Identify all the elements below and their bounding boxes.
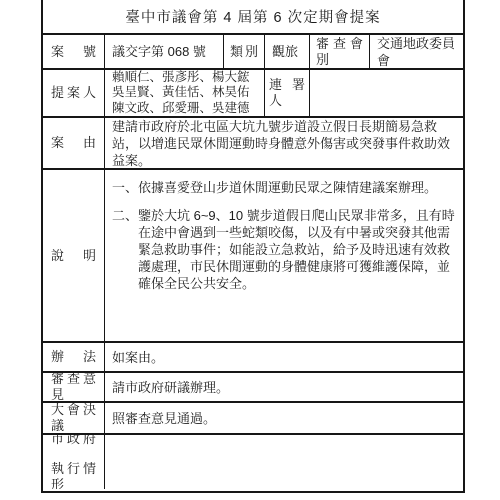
proposers-line: 吳呈賢、黃佳恬、林昊佑 xyxy=(112,85,257,101)
proposal-table: 臺中市議會第 4 屆第 6 次定期會提案 案號 議交字第 068 號 類別 觀旅… xyxy=(41,0,465,493)
review-opinion-text: 請市政府研議辦理。 xyxy=(112,379,456,396)
review-opinion-label-cell: 審查意見 xyxy=(43,373,105,401)
subject-text: 建請市政府於北屯區大坑九號步道設立假日長期簡易急救站，以增進民眾休閒運動時身體意… xyxy=(112,118,456,168)
proposers-label-cell: 提案人 xyxy=(43,70,105,116)
execution-label-line2: 執行情形 xyxy=(51,461,96,489)
resolution-text: 照審查意見通過。 xyxy=(112,410,456,427)
proposers-line: 陳文政、邱愛珊、吳建德 xyxy=(112,101,257,116)
proposers-row: 提案人 賴順仁、張彥彤、楊大鋐 吳呈賢、黃佳恬、林昊佑 陳文政、邱愛珊、吳建德 … xyxy=(43,70,463,118)
cosigners-label-cell: 連署人 xyxy=(265,70,310,116)
explanation-label: 說明 xyxy=(51,248,96,264)
title-row: 臺中市議會第 4 屆第 6 次定期會提案 xyxy=(43,0,463,35)
review-opinion-row: 審查意見 請市政府研議辦理。 xyxy=(43,373,463,403)
proposers-line: 賴順仁、張彥彤、楊大鋐 xyxy=(112,70,257,85)
committee-value: 交通地政委員會 xyxy=(377,35,456,68)
category-value: 觀旅 xyxy=(272,43,302,60)
resolution-label-cell: 大會決議 xyxy=(43,403,105,433)
cosigners-label: 連署人 xyxy=(269,77,305,109)
case-number-value-cell: 議交字第 068 號 xyxy=(105,35,224,68)
case-number-label-cell: 案號 xyxy=(43,35,105,68)
method-value-cell: 如案由。 xyxy=(105,343,463,371)
explanation-value-cell: 一、依據喜愛登山步道休閒運動民眾之陳情建議案辦理。 二、鑒於大坑 6~9、10 … xyxy=(105,170,463,341)
method-row: 辦法 如案由。 xyxy=(43,343,463,373)
title-cell: 臺中市議會第 4 屆第 6 次定期會提案 xyxy=(43,0,463,33)
explanation-label-cell: 說明 xyxy=(43,170,105,341)
committee-label-cell: 審查會別 xyxy=(310,35,370,68)
method-text: 如案由。 xyxy=(112,349,456,366)
execution-label-line1: 市政府 xyxy=(51,435,96,447)
document-page: 臺中市議會第 4 屆第 6 次定期會提案 案號 議交字第 068 號 類別 觀旅… xyxy=(0,0,500,500)
resolution-row: 大會決議 照審查意見通過。 xyxy=(43,403,463,435)
proposers-value-cell: 賴順仁、張彥彤、楊大鋐 吳呈賢、黃佳恬、林昊佑 陳文政、邱愛珊、吳建德 xyxy=(105,70,265,116)
explanation-item: 一、依據喜愛登山步道休閒運動民眾之陳情建議案辦理。 xyxy=(112,179,456,196)
explanation-item: 二、鑒於大坑 6~9、10 號步道假日爬山民眾非常多，且有時在途中會遇到一些蛇類… xyxy=(112,207,456,292)
execution-label-cell: 市政府 執行情形 xyxy=(43,435,105,489)
execution-row: 市政府 執行情形 xyxy=(43,435,463,489)
committee-value-cell: 交通地政委員會 xyxy=(370,35,463,68)
subject-value-cell: 建請市政府於北屯區大坑九號步道設立假日長期簡易急救站，以增進民眾休閒運動時身體意… xyxy=(105,118,463,168)
category-label-cell: 類別 xyxy=(224,35,265,68)
category-value-cell: 觀旅 xyxy=(265,35,310,68)
page-title: 臺中市議會第 4 屆第 6 次定期會提案 xyxy=(125,6,380,27)
subject-row: 案由 建請市政府於北屯區大坑九號步道設立假日長期簡易急救站，以增進民眾休閒運動時… xyxy=(43,118,463,170)
review-opinion-label: 審查意見 xyxy=(51,373,96,401)
execution-value-cell xyxy=(105,435,463,489)
method-label: 辦法 xyxy=(51,349,96,365)
case-number-label: 案號 xyxy=(51,44,96,60)
case-number-value: 議交字第 068 號 xyxy=(112,43,216,60)
explanation-row: 說明 一、依據喜愛登山步道休閒運動民眾之陳情建議案辦理。 二、鑒於大坑 6~9、… xyxy=(43,170,463,343)
resolution-value-cell: 照審查意見通過。 xyxy=(105,403,463,433)
committee-label: 審查會別 xyxy=(316,36,363,68)
review-opinion-value-cell: 請市政府研議辦理。 xyxy=(105,373,463,401)
cosigners-value-cell xyxy=(310,70,463,116)
resolution-label: 大會決議 xyxy=(51,403,96,433)
subject-label: 案由 xyxy=(51,135,96,151)
category-label: 類別 xyxy=(230,44,258,60)
case-header-row: 案號 議交字第 068 號 類別 觀旅 審查會別 交通地政委員會 xyxy=(43,35,463,70)
method-label-cell: 辦法 xyxy=(43,343,105,371)
subject-label-cell: 案由 xyxy=(43,118,105,168)
proposers-label: 提案人 xyxy=(51,85,96,101)
